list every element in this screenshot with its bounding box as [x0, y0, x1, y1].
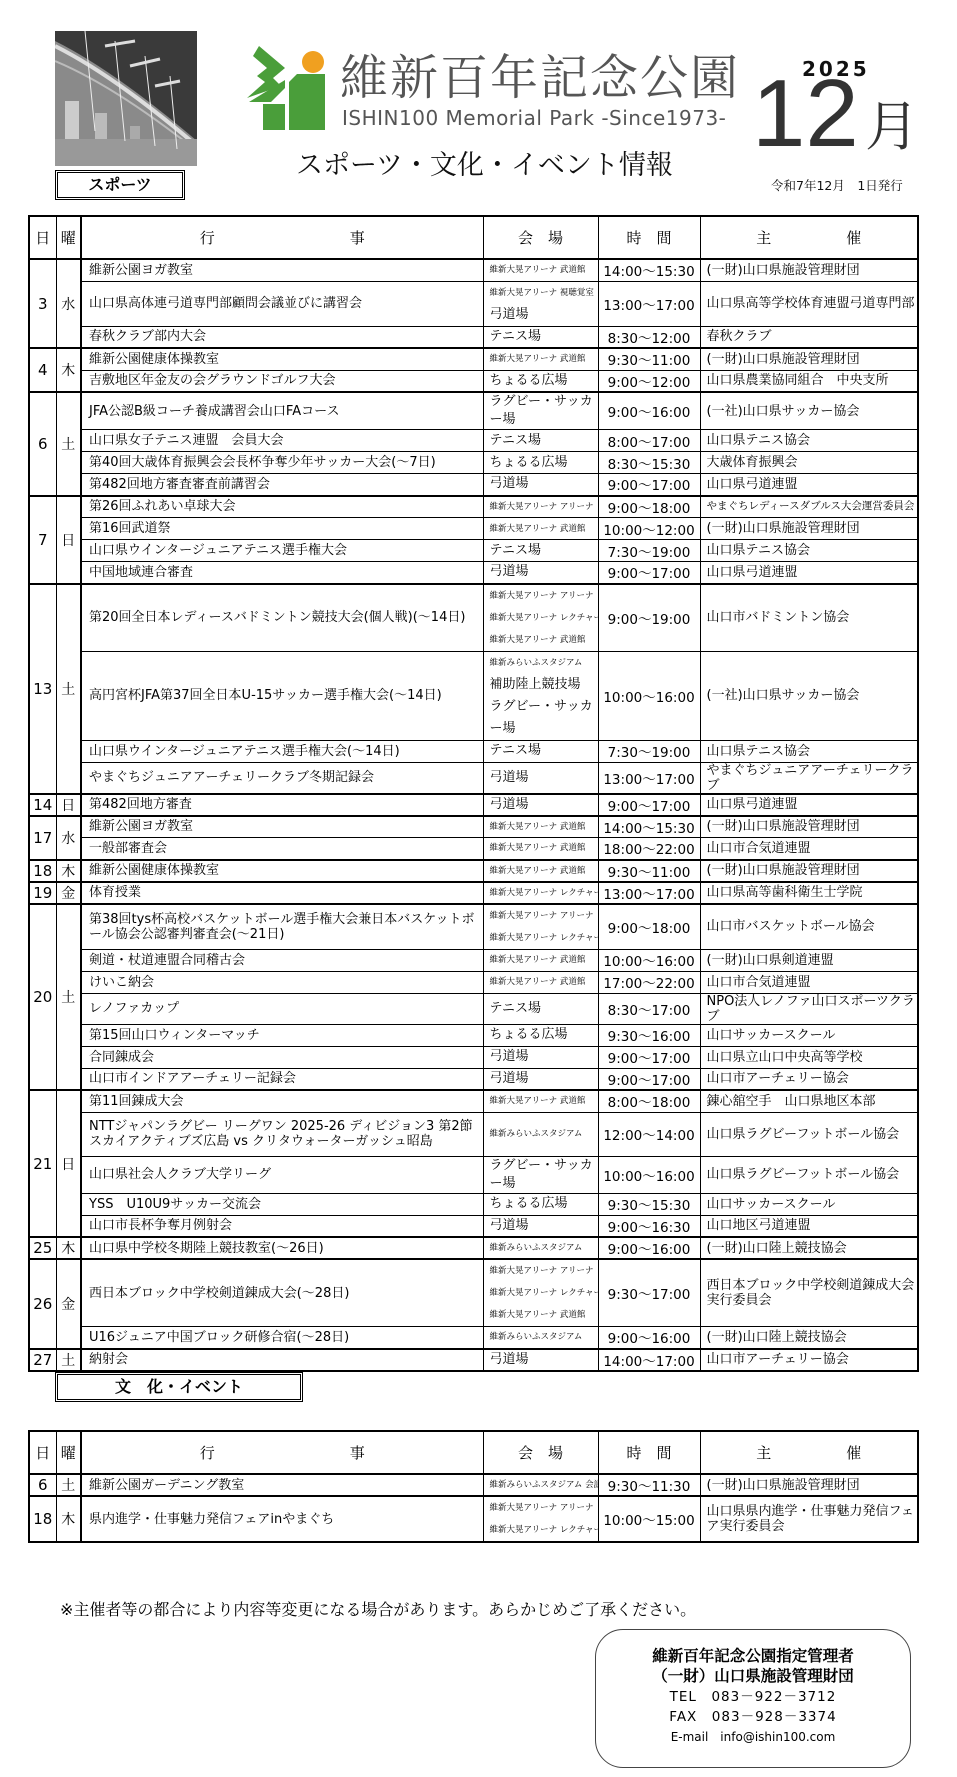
table-row: 13土第20回全日本レディースバドミントン競技大会(個人戦)(～14日)維新大晃… — [29, 584, 918, 652]
column-header-day: 日 — [29, 1431, 56, 1474]
event-cell: 第20回全日本レディースバドミントン競技大会(個人戦)(～14日) — [81, 584, 483, 652]
venue-name: ラグビー・サッカー場 — [490, 696, 598, 740]
host-cell: 山口県テニス協会 — [700, 430, 918, 452]
time-cell: 9:30～11:00 — [598, 860, 700, 882]
venue-cell: 弓道場 — [483, 762, 598, 794]
time-cell: 7:30～19:00 — [598, 540, 700, 562]
table-row: 21日第11回錬成大会維新大晃アリーナ 武道館8:00～18:00錬心舘空手 山… — [29, 1090, 918, 1112]
park-name-jp: 維新百年記念公園 — [340, 50, 740, 106]
venue-name: ちょるる広場 — [490, 454, 598, 472]
time-cell: 9:30～11:00 — [598, 348, 700, 370]
weekday-cell: 日 — [56, 794, 81, 816]
event-cell: 一般部審査会 — [81, 838, 483, 860]
venue-name: 維新みらいふスタジアム — [490, 1239, 598, 1257]
table-row: 山口県高体連弓道専門部顧問会議並びに講習会維新大晃アリーナ 視聴覚室弓道場13:… — [29, 281, 918, 326]
column-header-dow: 曜 — [56, 1431, 81, 1474]
venue-cell: 維新大晃アリーナ アリーナ維新大晃アリーナ レクチャー — [483, 1496, 598, 1542]
table-row: 14日第482回地方審査弓道場9:00～17:00山口県弓道連盟 — [29, 794, 918, 816]
venue-name: 弓道場 — [490, 1048, 598, 1066]
time-cell: 8:00～17:00 — [598, 430, 700, 452]
venue-cell: 弓道場 — [483, 1046, 598, 1068]
host-cell: 山口県テニス協会 — [700, 740, 918, 762]
host-cell: 山口市アーチェリー協会 — [700, 1068, 918, 1090]
venue-name: 維新大晃アリーナ レクチャー — [490, 927, 598, 949]
host-cell: 山口県高等歯科衛生士学院 — [700, 882, 918, 904]
culture-schedule-table: 日 曜 行 事 会 場 時 間 主 催 6土維新公園ガーデニング教室維新みらいふ… — [28, 1430, 919, 1543]
venue-cell: ちょるる広場 — [483, 1024, 598, 1046]
table-row: 中国地域連合審査弓道場9:00～17:00山口県弓道連盟 — [29, 562, 918, 584]
table-row: 高円宮杯JFA第37回全日本U-15サッカー選手権大会(～14日)維新みらいふス… — [29, 651, 918, 740]
contact-manager: 維新百年記念公園指定管理者 — [596, 1646, 910, 1666]
table-row: 第15回山口ウィンターマッチちょるる広場9:30～16:00山口サッカースクール — [29, 1024, 918, 1046]
venue-name: テニス場 — [490, 742, 598, 760]
venue-name: 弓道場 — [490, 769, 598, 787]
event-cell: JFA公認B級コーチ養成講習会山口FAコース — [81, 392, 483, 430]
venue-name: 弓道場 — [490, 304, 598, 326]
event-cell: YSS U10U9サッカー交流会 — [81, 1193, 483, 1215]
time-cell: 9:00～16:30 — [598, 1215, 700, 1237]
weekday-cell: 木 — [56, 1496, 81, 1542]
host-cell: 山口県ラグビーフットボール協会 — [700, 1112, 918, 1156]
host-cell: (一財)山口陸上競技協会 — [700, 1237, 918, 1259]
event-cell: 第16回武道祭 — [81, 518, 483, 540]
table-row: NTTジャパンラグビー リーグワン 2025-26 ディビジョン3 第2節 スカ… — [29, 1112, 918, 1156]
venue-cell: 弓道場 — [483, 1215, 598, 1237]
park-logo-icon — [245, 46, 325, 130]
table-row: やまぐちジュニアアーチェリークラブ冬期記録会弓道場13:00～17:00やまぐち… — [29, 762, 918, 794]
venue-name: テニス場 — [490, 328, 598, 346]
host-cell: 山口市合気道連盟 — [700, 838, 918, 860]
venue-name: 弓道場 — [490, 1070, 598, 1088]
venue-name: テニス場 — [490, 542, 598, 560]
table-row: 18木維新公園健康体操教室維新大晃アリーナ 武道館9:30～11:00(一財)山… — [29, 860, 918, 882]
venue-name: 維新大晃アリーナ アリーナ — [490, 585, 598, 607]
culture-table-body: 6土維新公園ガーデニング教室維新みらいふスタジアム 会議室9:30～11:30(… — [29, 1474, 918, 1542]
event-cell: 第38回tys杯高校バスケットボール選手権大会兼日本バスケットボール協会公認審判… — [81, 904, 483, 950]
day-cell: 6 — [29, 392, 56, 496]
time-cell: 9:00～19:00 — [598, 584, 700, 652]
venue-cell: 維新大晃アリーナ アリーナ維新大晃アリーナ レクチャー維新大晃アリーナ 武道館 — [483, 584, 598, 652]
venue-cell: 維新みらいふスタジアム — [483, 1237, 598, 1259]
time-cell: 9:00～16:00 — [598, 1327, 700, 1349]
venue-cell: 維新大晃アリーナ 武道館 — [483, 518, 598, 540]
venue-name: 維新大晃アリーナ 武道館 — [490, 629, 598, 651]
venue-name: 維新大晃アリーナ レクチャー — [490, 607, 598, 629]
venue-cell: 維新大晃アリーナ アリーナ維新大晃アリーナ レクチャー維新大晃アリーナ 武道館 — [483, 1259, 598, 1327]
venue-name: 維新大晃アリーナ 武道館 — [490, 1304, 598, 1326]
event-cell: 山口県ウインタージュニアテニス選手権大会 — [81, 540, 483, 562]
table-row: 山口県ウインタージュニアテニス選手権大会(～14日)テニス場7:30～19:00… — [29, 740, 918, 762]
venue-name: 維新みらいふスタジアム 会議室 — [490, 1476, 598, 1494]
day-cell: 6 — [29, 1474, 56, 1496]
venue-cell: 維新みらいふスタジアム補助陸上競技場ラグビー・サッカー場 — [483, 651, 598, 740]
table-row: 山口市長杯争奪月例射会弓道場9:00～16:30山口地区弓道連盟 — [29, 1215, 918, 1237]
time-cell: 9:00～17:00 — [598, 1068, 700, 1090]
day-cell: 3 — [29, 259, 56, 348]
event-cell: 体育授業 — [81, 882, 483, 904]
time-cell: 8:30～12:00 — [598, 326, 700, 348]
weekday-cell: 日 — [56, 1090, 81, 1237]
venue-name: 維新大晃アリーナ 武道館 — [490, 839, 598, 857]
column-header-venue: 会 場 — [483, 216, 598, 259]
venue-cell: テニス場 — [483, 430, 598, 452]
time-cell: 8:30～15:30 — [598, 452, 700, 474]
venue-name: ラグビー・サッカー場 — [490, 1157, 598, 1193]
host-cell: 西日本ブロック中学校剣道錬成大会実行委員会 — [700, 1259, 918, 1327]
host-cell: 山口県県内進学・仕事魅力発信フェア実行委員会 — [700, 1496, 918, 1542]
table-row: 25木山口県中学校冬期陸上競技教室(～26日)維新みらいふスタジアム9:00～1… — [29, 1237, 918, 1259]
table-row: 山口市インドアアーチェリー記録会弓道場9:00～17:00山口市アーチェリー協会 — [29, 1068, 918, 1090]
time-cell: 8:00～18:00 — [598, 1090, 700, 1112]
contact-fax: FAX 083－928－3374 — [596, 1707, 910, 1727]
venue-name: ちょるる広場 — [490, 1195, 598, 1213]
weekday-cell: 水 — [56, 816, 81, 860]
venue-cell: ラグビー・サッカー場 — [483, 1156, 598, 1193]
event-cell: 維新公園健康体操教室 — [81, 348, 483, 370]
table-row: 3水維新公園ヨガ教室維新大晃アリーナ 武道館14:00～15:30(一財)山口県… — [29, 259, 918, 281]
issue-date: 令和7年12月 1日発行 — [771, 176, 903, 194]
table-row: 山口県女子テニス連盟 会員大会テニス場8:00～17:00山口県テニス協会 — [29, 430, 918, 452]
host-cell: 山口県弓道連盟 — [700, 474, 918, 496]
host-cell: 山口県ラグビーフットボール協会 — [700, 1156, 918, 1193]
table-row: 山口県社会人クラブ大学リーグラグビー・サッカー場10:00～16:00山口県ラグ… — [29, 1156, 918, 1193]
venue-cell: 弓道場 — [483, 474, 598, 496]
table-row: 26金西日本ブロック中学校剣道錬成大会(～28日)維新大晃アリーナ アリーナ維新… — [29, 1259, 918, 1327]
venue-name: 維新大晃アリーナ レクチャー — [490, 1519, 598, 1541]
venue-cell: 維新大晃アリーナ レクチャー — [483, 882, 598, 904]
venue-name: 弓道場 — [490, 1217, 598, 1235]
host-cell: (一社)山口県サッカー協会 — [700, 392, 918, 430]
event-cell: 山口市長杯争奪月例射会 — [81, 1215, 483, 1237]
event-cell: 高円宮杯JFA第37回全日本U-15サッカー選手権大会(～14日) — [81, 651, 483, 740]
host-cell: 錬心舘空手 山口県地区本部 — [700, 1090, 918, 1112]
table-row: 7日第26回ふれあい卓球大会維新大晃アリーナ アリーナ9:00～18:00やまぐ… — [29, 496, 918, 518]
time-cell: 7:30～19:00 — [598, 740, 700, 762]
event-cell: 山口市インドアアーチェリー記録会 — [81, 1068, 483, 1090]
contact-box: 維新百年記念公園指定管理者 （一財）山口県施設管理財団 TEL 083－922－… — [595, 1629, 911, 1768]
venue-name: 維新大晃アリーナ アリーナ — [490, 1497, 598, 1519]
venue-name: 維新大晃アリーナ 武道館 — [490, 951, 598, 969]
table-row: 19金体育授業維新大晃アリーナ レクチャー13:00～17:00山口県高等歯科衛… — [29, 882, 918, 904]
host-cell: 山口県高等学校体育連盟弓道専門部 — [700, 281, 918, 326]
month-number: 12 — [752, 66, 859, 162]
time-cell: 13:00～17:00 — [598, 882, 700, 904]
contact-tel: TEL 083－922－3712 — [596, 1687, 910, 1707]
time-cell: 17:00～22:00 — [598, 971, 700, 993]
day-cell: 20 — [29, 904, 56, 1091]
weekday-cell: 金 — [56, 882, 81, 904]
time-cell: 13:00～17:00 — [598, 762, 700, 794]
event-cell: 納射会 — [81, 1349, 483, 1371]
event-cell: 中国地域連合審査 — [81, 562, 483, 584]
venue-cell: ラグビー・サッカー場 — [483, 392, 598, 430]
host-cell: 山口市バスケットボール協会 — [700, 904, 918, 950]
host-cell: 山口市アーチェリー協会 — [700, 1349, 918, 1371]
host-cell: 山口市バドミントン協会 — [700, 584, 918, 652]
table-row: 17水維新公園ヨガ教室維新大晃アリーナ 武道館14:00～15:30(一財)山口… — [29, 816, 918, 838]
venue-cell: 維新大晃アリーナ 武道館 — [483, 971, 598, 993]
venue-name: 弓道場 — [490, 1351, 598, 1369]
time-cell: 13:00～17:00 — [598, 281, 700, 326]
sports-table-body: 3水維新公園ヨガ教室維新大晃アリーナ 武道館14:00～15:30(一財)山口県… — [29, 259, 918, 1371]
day-cell: 18 — [29, 860, 56, 882]
venue-name: ちょるる広場 — [490, 1026, 598, 1044]
time-cell: 9:00～17:00 — [598, 794, 700, 816]
table-row: 第40回大歳体育振興会会長杯争奪少年サッカー大会(～7日)ちょるる広場8:30～… — [29, 452, 918, 474]
column-header-host: 主 催 — [700, 1431, 918, 1474]
section-label-sports: スポーツ — [55, 170, 185, 200]
table-row: 一般部審査会維新大晃アリーナ 武道館18:00～22:00山口市合気道連盟 — [29, 838, 918, 860]
venue-cell: 弓道場 — [483, 562, 598, 584]
day-cell: 25 — [29, 1237, 56, 1259]
table-header-row: 日 曜 行 事 会 場 時 間 主 催 — [29, 1431, 918, 1474]
venue-name: 維新大晃アリーナ 武道館 — [490, 520, 598, 538]
day-cell: 19 — [29, 882, 56, 904]
event-cell: 維新公園ガーデニング教室 — [81, 1474, 483, 1496]
time-cell: 9:30～15:30 — [598, 1193, 700, 1215]
host-cell: 山口サッカースクール — [700, 1193, 918, 1215]
weekday-cell: 水 — [56, 259, 81, 348]
host-cell: (一財)山口県施設管理財団 — [700, 860, 918, 882]
event-cell: 山口県高体連弓道専門部顧問会議並びに講習会 — [81, 281, 483, 326]
column-header-host: 主 催 — [700, 216, 918, 259]
table-row: 剣道・杖道連盟合同稽古会維新大晃アリーナ 武道館10:00～16:00(一財)山… — [29, 949, 918, 971]
day-cell: 7 — [29, 496, 56, 584]
time-cell: 9:00～18:00 — [598, 496, 700, 518]
weekday-cell: 土 — [56, 904, 81, 1091]
event-cell: 春秋クラブ部内大会 — [81, 326, 483, 348]
time-cell: 9:30～11:30 — [598, 1474, 700, 1496]
venue-cell: 維新大晃アリーナ 視聴覚室弓道場 — [483, 281, 598, 326]
venue-cell: 維新大晃アリーナ 武道館 — [483, 838, 598, 860]
venue-name: 維新大晃アリーナ 視聴覚室 — [490, 282, 598, 304]
time-cell: 9:30～17:00 — [598, 1259, 700, 1327]
table-row: 27土納射会弓道場14:00～17:00山口市アーチェリー協会 — [29, 1349, 918, 1371]
host-cell: 山口市合気道連盟 — [700, 971, 918, 993]
venue-cell: 維新大晃アリーナ 武道館 — [483, 259, 598, 281]
event-cell: 維新公園ヨガ教室 — [81, 259, 483, 281]
event-cell: 第15回山口ウィンターマッチ — [81, 1024, 483, 1046]
venue-cell: 維新大晃アリーナ 武道館 — [483, 860, 598, 882]
contact-organization: （一財）山口県施設管理財団 — [596, 1666, 910, 1687]
day-cell: 21 — [29, 1090, 56, 1237]
time-cell: 9:00～12:00 — [598, 370, 700, 392]
table-header-row: 日 曜 行 事 会 場 時 間 主 催 — [29, 216, 918, 259]
event-cell: 第11回錬成大会 — [81, 1090, 483, 1112]
table-row: 20土第38回tys杯高校バスケットボール選手権大会兼日本バスケットボール協会公… — [29, 904, 918, 950]
park-name-en: ISHIN100 Memorial Park -Since1973- — [342, 107, 726, 129]
weekday-cell: 木 — [56, 1237, 81, 1259]
time-cell: 10:00～16:00 — [598, 651, 700, 740]
venue-name: テニス場 — [490, 432, 598, 450]
column-header-event: 行 事 — [81, 216, 483, 259]
venue-cell: 維新みらいふスタジアム 会議室 — [483, 1474, 598, 1496]
time-cell: 9:30～16:00 — [598, 1024, 700, 1046]
event-cell: 第482回地方審査 — [81, 794, 483, 816]
host-cell: (一財)山口陸上競技協会 — [700, 1327, 918, 1349]
table-row: 4木維新公園健康体操教室維新大晃アリーナ 武道館9:30～11:00(一財)山口… — [29, 348, 918, 370]
host-cell: (一財)山口県施設管理財団 — [700, 518, 918, 540]
weekday-cell: 金 — [56, 1259, 81, 1349]
event-cell: 西日本ブロック中学校剣道錬成大会(～28日) — [81, 1259, 483, 1327]
event-cell: 維新公園健康体操教室 — [81, 860, 483, 882]
venue-cell: ちょるる広場 — [483, 370, 598, 392]
venue-name: ちょるる広場 — [490, 372, 598, 390]
host-cell: 山口地区弓道連盟 — [700, 1215, 918, 1237]
venue-cell: 弓道場 — [483, 1349, 598, 1371]
event-cell: レノファカップ — [81, 993, 483, 1024]
time-cell: 14:00～17:00 — [598, 1349, 700, 1371]
event-cell: 山口県ウインタージュニアテニス選手権大会(～14日) — [81, 740, 483, 762]
day-cell: 4 — [29, 348, 56, 392]
venue-cell: テニス場 — [483, 540, 598, 562]
host-cell: 山口県弓道連盟 — [700, 794, 918, 816]
venue-name: 維新大晃アリーナ レクチャー — [490, 884, 598, 902]
venue-name: 維新大晃アリーナ 武道館 — [490, 862, 598, 880]
host-cell: 山口県農業協同組合 中央支所 — [700, 370, 918, 392]
host-cell: (一財)山口県施設管理財団 — [700, 348, 918, 370]
time-cell: 10:00～12:00 — [598, 518, 700, 540]
venue-cell: テニス場 — [483, 326, 598, 348]
time-cell: 10:00～16:00 — [598, 1156, 700, 1193]
host-cell: 大歳体育振興会 — [700, 452, 918, 474]
weekday-cell: 土 — [56, 1349, 81, 1371]
page-subtitle: スポーツ・文化・イベント情報 — [296, 150, 673, 182]
venue-cell: テニス場 — [483, 740, 598, 762]
time-cell: 9:00～17:00 — [598, 562, 700, 584]
host-cell: (一財)山口県剣道連盟 — [700, 949, 918, 971]
venue-cell: 維新みらいふスタジアム — [483, 1112, 598, 1156]
venue-cell: 維新大晃アリーナ 武道館 — [483, 348, 598, 370]
host-cell: (一財)山口県施設管理財団 — [700, 816, 918, 838]
column-header-day: 日 — [29, 216, 56, 259]
table-row: U16ジュニア中国ブロック研修合宿(～28日)維新みらいふスタジアム9:00～1… — [29, 1327, 918, 1349]
day-cell: 13 — [29, 584, 56, 794]
venue-name: 維新大晃アリーナ アリーナ — [490, 905, 598, 927]
event-cell: 合同錬成会 — [81, 1046, 483, 1068]
venue-name: 維新大晃アリーナ レクチャー — [490, 1282, 598, 1304]
venue-name: 維新大晃アリーナ アリーナ — [490, 498, 598, 516]
host-cell: 山口県弓道連盟 — [700, 562, 918, 584]
month-kanji: 月 — [865, 98, 919, 156]
day-cell: 18 — [29, 1496, 56, 1542]
table-row: YSS U10U9サッカー交流会ちょるる広場9:30～15:30山口サッカースク… — [29, 1193, 918, 1215]
column-header-event: 行 事 — [81, 1431, 483, 1474]
venue-cell: ちょるる広場 — [483, 452, 598, 474]
venue-cell: 維新大晃アリーナ アリーナ — [483, 496, 598, 518]
event-cell: 維新公園ヨガ教室 — [81, 816, 483, 838]
event-cell: 剣道・杖道連盟合同稽古会 — [81, 949, 483, 971]
table-row: 第16回武道祭維新大晃アリーナ 武道館10:00～12:00(一財)山口県施設管… — [29, 518, 918, 540]
weekday-cell: 土 — [56, 392, 81, 496]
venue-name: 維新大晃アリーナ 武道館 — [490, 973, 598, 991]
venue-name: 維新みらいふスタジアム — [490, 1125, 598, 1143]
host-cell: やまぐちレディースダブルス大会運営委員会 — [700, 496, 918, 518]
event-cell: NTTジャパンラグビー リーグワン 2025-26 ディビジョン3 第2節 スカ… — [81, 1112, 483, 1156]
table-row: 山口県ウインタージュニアテニス選手権大会テニス場7:30～19:00山口県テニス… — [29, 540, 918, 562]
weekday-cell: 日 — [56, 496, 81, 584]
venue-name: 維新みらいふスタジアム — [490, 1328, 598, 1346]
table-row: 第482回地方審査審査前講習会弓道場9:00～17:00山口県弓道連盟 — [29, 474, 918, 496]
event-cell: けいこ納会 — [81, 971, 483, 993]
time-cell: 10:00～16:00 — [598, 949, 700, 971]
day-cell: 14 — [29, 794, 56, 816]
day-cell: 27 — [29, 1349, 56, 1371]
venue-cell: ちょるる広場 — [483, 1193, 598, 1215]
table-row: 18木県内進学・仕事魅力発信フェアinやまぐち維新大晃アリーナ アリーナ維新大晃… — [29, 1496, 918, 1542]
venue-name: 弓道場 — [490, 796, 598, 814]
venue-cell: 維新大晃アリーナ 武道館 — [483, 1090, 598, 1112]
host-cell: 山口サッカースクール — [700, 1024, 918, 1046]
host-cell: やまぐちジュニアアーチェリークラブ — [700, 762, 918, 794]
table-row: 合同錬成会弓道場9:00～17:00山口県立山口中央高等学校 — [29, 1046, 918, 1068]
table-row: けいこ納会維新大晃アリーナ 武道館17:00～22:00山口市合気道連盟 — [29, 971, 918, 993]
weekday-cell: 土 — [56, 1474, 81, 1496]
venue-name: 弓道場 — [490, 475, 598, 493]
time-cell: 9:00～16:00 — [598, 392, 700, 430]
event-cell: 山口県社会人クラブ大学リーグ — [81, 1156, 483, 1193]
venue-cell: 維新大晃アリーナ アリーナ維新大晃アリーナ レクチャー — [483, 904, 598, 950]
event-cell: 吉敷地区年金友の会グラウンドゴルフ大会 — [81, 370, 483, 392]
time-cell: 18:00～22:00 — [598, 838, 700, 860]
stadium-photo — [55, 31, 197, 166]
sports-schedule-table: 日 曜 行 事 会 場 時 間 主 催 3水維新公園ヨガ教室維新大晃アリーナ 武… — [28, 215, 919, 1372]
venue-name: 維新大晃アリーナ 武道館 — [490, 350, 598, 368]
venue-name: 補助陸上競技場 — [490, 674, 598, 696]
weekday-cell: 木 — [56, 348, 81, 392]
event-cell: 第40回大歳体育振興会会長杯争奪少年サッカー大会(～7日) — [81, 452, 483, 474]
venue-name: 弓道場 — [490, 563, 598, 581]
event-cell: 第482回地方審査審査前講習会 — [81, 474, 483, 496]
column-header-venue: 会 場 — [483, 1431, 598, 1474]
host-cell: (一財)山口県施設管理財団 — [700, 259, 918, 281]
venue-name: 維新大晃アリーナ 武道館 — [490, 261, 598, 279]
day-cell: 26 — [29, 1259, 56, 1349]
event-cell: 第26回ふれあい卓球大会 — [81, 496, 483, 518]
time-cell: 9:00～17:00 — [598, 1046, 700, 1068]
event-cell: U16ジュニア中国ブロック研修合宿(～28日) — [81, 1327, 483, 1349]
table-row: 6土JFA公認B級コーチ養成講習会山口FAコースラグビー・サッカー場9:00～1… — [29, 392, 918, 430]
venue-name: 維新大晃アリーナ 武道館 — [490, 1092, 598, 1110]
host-cell: 山口県テニス協会 — [700, 540, 918, 562]
venue-name: ラグビー・サッカー場 — [490, 393, 598, 429]
time-cell: 10:00～15:00 — [598, 1496, 700, 1542]
contact-email[interactable]: E-mail info@ishin100.com — [596, 1727, 910, 1747]
venue-cell: 維新大晃アリーナ 武道館 — [483, 816, 598, 838]
event-cell: やまぐちジュニアアーチェリークラブ冬期記録会 — [81, 762, 483, 794]
host-cell: 山口県立山口中央高等学校 — [700, 1046, 918, 1068]
venue-cell: 弓道場 — [483, 1068, 598, 1090]
column-header-time: 時 間 — [598, 1431, 700, 1474]
venue-name: テニス場 — [490, 1000, 598, 1018]
event-cell: 山口県女子テニス連盟 会員大会 — [81, 430, 483, 452]
section-label-culture: 文 化・イベント — [55, 1372, 303, 1402]
time-cell: 9:00～16:00 — [598, 1237, 700, 1259]
event-cell: 県内進学・仕事魅力発信フェアinやまぐち — [81, 1496, 483, 1542]
time-cell: 14:00～15:30 — [598, 259, 700, 281]
venue-cell: 維新大晃アリーナ 武道館 — [483, 949, 598, 971]
day-cell: 17 — [29, 816, 56, 860]
column-header-time: 時 間 — [598, 216, 700, 259]
venue-name: 維新大晃アリーナ アリーナ — [490, 1260, 598, 1282]
table-row: 6土維新公園ガーデニング教室維新みらいふスタジアム 会議室9:30～11:30(… — [29, 1474, 918, 1496]
venue-cell: 弓道場 — [483, 794, 598, 816]
weekday-cell: 木 — [56, 860, 81, 882]
time-cell: 12:00～14:00 — [598, 1112, 700, 1156]
table-row: 吉敷地区年金友の会グラウンドゴルフ大会ちょるる広場9:00～12:00山口県農業… — [29, 370, 918, 392]
venue-name: 維新みらいふスタジアム — [490, 652, 598, 674]
host-cell: (一社)山口県サッカー協会 — [700, 651, 918, 740]
